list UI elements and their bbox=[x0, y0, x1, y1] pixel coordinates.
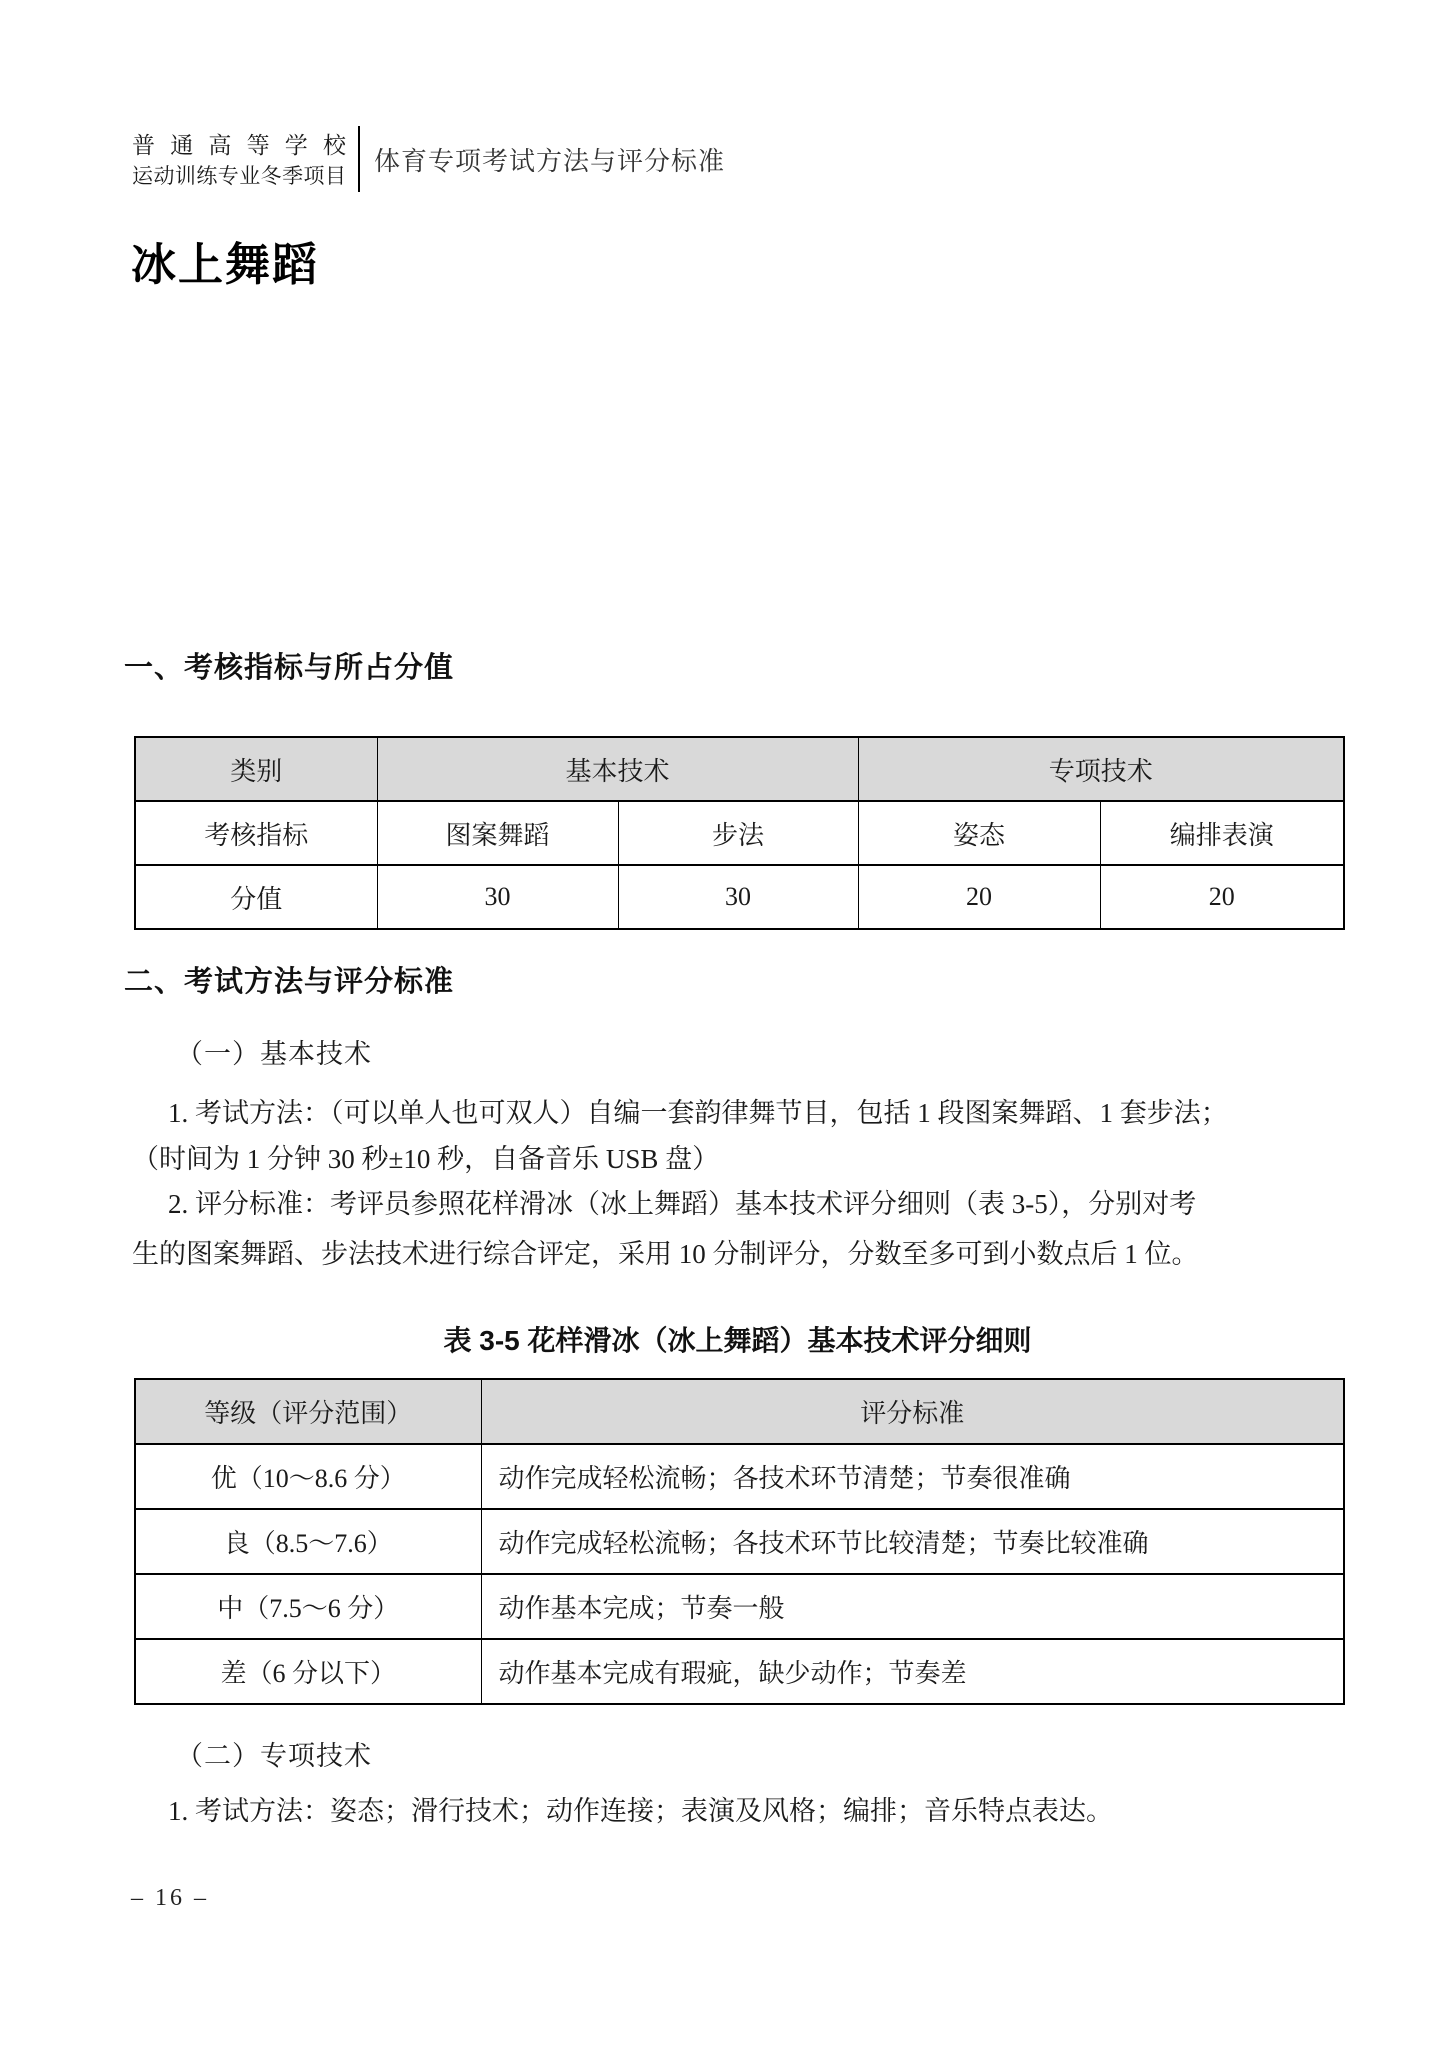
indicator-cell: 步法 bbox=[618, 801, 858, 865]
grade-range-header-cell: 等级（评分范围） bbox=[135, 1379, 481, 1444]
indicator-cell: 姿态 bbox=[858, 801, 1100, 865]
header-right-title: 体育专项考试方法与评分标准 bbox=[374, 141, 725, 178]
category-header-cell: 类别 bbox=[135, 737, 377, 801]
criteria-cell: 动作基本完成有瑕疵，缺少动作；节奏差 bbox=[481, 1639, 1344, 1704]
table-row: 良（8.5～7.6） 动作完成轻松流畅；各技术环节比较清楚；节奏比较准确 bbox=[135, 1509, 1344, 1574]
grade-cell: 优（10～8.6 分） bbox=[135, 1444, 481, 1509]
paragraph-line: 1. 考试方法：姿态；滑行技术；动作连接；表演及风格；编排；音乐特点表达。 bbox=[132, 1793, 1383, 1829]
table-row: 差（6 分以下） 动作基本完成有瑕疵，缺少动作；节奏差 bbox=[135, 1639, 1344, 1704]
indicator-cell: 图案舞蹈 bbox=[377, 801, 618, 865]
subsection2-heading: （二）专项技术 bbox=[132, 1738, 1391, 1774]
header-left-block: 普通高等学校 运动训练专业冬季项目 bbox=[132, 129, 346, 190]
paragraph-line: 生的图案舞蹈、步法技术进行综合评定，采用 10 分制评分，分数至多可到小数点后 … bbox=[132, 1236, 1347, 1272]
header-divider-rule bbox=[358, 126, 360, 192]
grade-cell: 良（8.5～7.6） bbox=[135, 1509, 481, 1574]
table-3-5-caption: 表 3-5 花样滑冰（冰上舞蹈）基本技术评分细则 bbox=[132, 1324, 1343, 1358]
basic-skill-group-cell: 基本技术 bbox=[377, 737, 858, 801]
paragraph-line: 2. 评分标准：考评员参照花样滑冰（冰上舞蹈）基本技术评分细则（表 3-5），分… bbox=[132, 1186, 1383, 1222]
score-cell: 30 bbox=[377, 865, 618, 929]
criteria-cell: 动作完成轻松流畅；各技术环节比较清楚；节奏比较准确 bbox=[481, 1509, 1344, 1574]
header-left-line2: 运动训练专业冬季项目 bbox=[132, 162, 346, 190]
score-cell: 30 bbox=[618, 865, 858, 929]
document-page: 普通高等学校 运动训练专业冬季项目 体育专项考试方法与评分标准 冰上舞蹈 一、考… bbox=[0, 0, 1449, 2047]
criteria-cell: 动作完成轻松流畅；各技术环节清楚；节奏很准确 bbox=[481, 1444, 1344, 1509]
table-row: 考核指标 图案舞蹈 步法 姿态 编排表演 bbox=[135, 801, 1344, 865]
indicator-cell: 编排表演 bbox=[1100, 801, 1344, 865]
section2-heading: 二、考试方法与评分标准 bbox=[124, 964, 454, 1000]
table-row: 等级（评分范围） 评分标准 bbox=[135, 1379, 1344, 1444]
table-row: 类别 基本技术 专项技术 bbox=[135, 737, 1344, 801]
indicators-score-table: 类别 基本技术 专项技术 考核指标 图案舞蹈 步法 姿态 编排表演 分值 30 … bbox=[134, 736, 1345, 930]
table-row: 中（7.5～6 分） 动作基本完成；节奏一般 bbox=[135, 1574, 1344, 1639]
criteria-header-cell: 评分标准 bbox=[481, 1379, 1344, 1444]
header-left-line1: 普通高等学校 bbox=[132, 129, 346, 162]
score-cell: 20 bbox=[1100, 865, 1344, 929]
paragraph-line: 1. 考试方法：（可以单人也可双人）自编一套韵律舞节目，包括 1 段图案舞蹈、1… bbox=[132, 1095, 1383, 1131]
page-title: 冰上舞蹈 bbox=[131, 238, 319, 292]
indicator-label-cell: 考核指标 bbox=[135, 801, 377, 865]
criteria-cell: 动作基本完成；节奏一般 bbox=[481, 1574, 1344, 1639]
page-number: – 16 – bbox=[131, 1885, 209, 1912]
grade-cell: 差（6 分以下） bbox=[135, 1639, 481, 1704]
page-header: 普通高等学校 运动训练专业冬季项目 体育专项考试方法与评分标准 bbox=[132, 126, 725, 192]
score-label-cell: 分值 bbox=[135, 865, 377, 929]
score-cell: 20 bbox=[858, 865, 1100, 929]
table-row: 分值 30 30 20 20 bbox=[135, 865, 1344, 929]
grade-cell: 中（7.5～6 分） bbox=[135, 1574, 481, 1639]
scoring-criteria-table: 等级（评分范围） 评分标准 优（10～8.6 分） 动作完成轻松流畅；各技术环节… bbox=[134, 1378, 1345, 1705]
special-skill-group-cell: 专项技术 bbox=[858, 737, 1344, 801]
paragraph-line: （时间为 1 分钟 30 秒±10 秒，自备音乐 USB 盘） bbox=[132, 1141, 1347, 1177]
table-row: 优（10～8.6 分） 动作完成轻松流畅；各技术环节清楚；节奏很准确 bbox=[135, 1444, 1344, 1509]
section1-heading: 一、考核指标与所占分值 bbox=[124, 650, 454, 686]
subsection1-heading: （一）基本技术 bbox=[132, 1036, 1391, 1072]
